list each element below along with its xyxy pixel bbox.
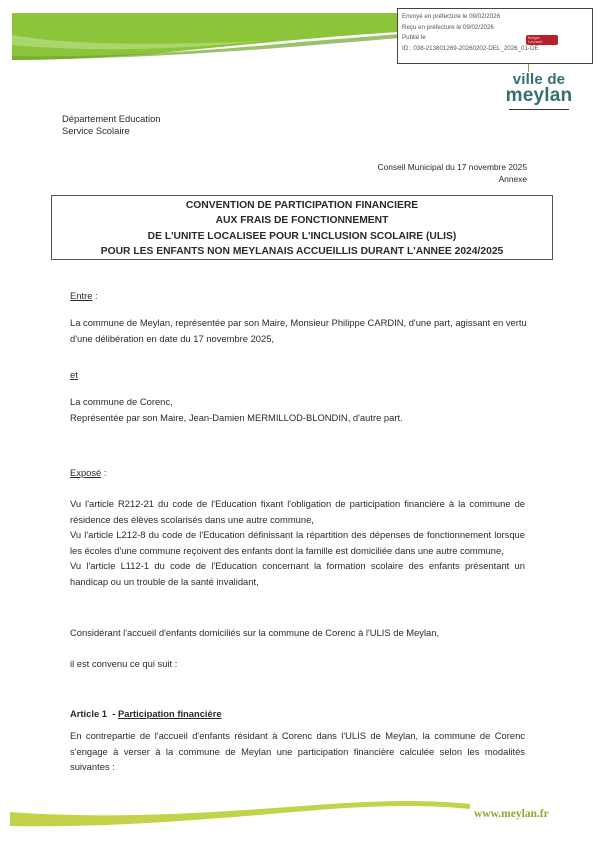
berger-levrault-badge: Berger Levrault xyxy=(526,35,558,45)
expose-heading: Exposé : xyxy=(70,465,107,481)
meeting-date: Conseil Municipal du 17 novembre 2025 xyxy=(320,162,527,174)
article-1-heading: Article 1 - Participation financière xyxy=(70,706,222,722)
annex-label: Annexe xyxy=(320,174,527,186)
stamp-id: ID : 038-213801269-20260202-DEL_2026_01-… xyxy=(402,44,588,55)
ville-de-meylan-logo: ville de meylan xyxy=(484,72,594,110)
legal-reference-item: Vu l'article L112-1 du code de l'Educati… xyxy=(70,558,525,589)
article-1-body: En contrepartie de l'accueil d'enfants r… xyxy=(70,728,525,775)
title-line-1: CONVENTION DE PARTICIPATION FINANCIERE xyxy=(52,198,552,213)
article-1-number: Article 1 - xyxy=(70,708,118,719)
logo-line-2: meylan xyxy=(484,87,594,105)
et-heading: et xyxy=(70,367,78,383)
department-name: Département Education xyxy=(62,113,161,125)
convenu-paragraph: il est convenu ce qui suit : xyxy=(70,656,177,672)
stamp-sent-date: Envoyé en préfecture le 09/02/2026 xyxy=(402,12,588,23)
logo-rule xyxy=(509,109,569,110)
entre-heading: Entre : xyxy=(70,288,98,304)
service-name: Service Scolaire xyxy=(62,125,161,137)
sender-block: Département Education Service Scolaire xyxy=(62,113,161,137)
corenc-line-2: Représentée par son Maire, Jean-Damien M… xyxy=(70,410,530,426)
entre-colon: : xyxy=(92,290,97,301)
prefecture-stamp: Envoyé en préfecture le 09/02/2026 Reçu … xyxy=(397,8,593,64)
legal-reference-item: Vu l'article L212-8 du code de l'Educati… xyxy=(70,527,525,558)
stamp-received-date: Reçu en préfecture le 09/02/2026 xyxy=(402,23,588,34)
title-line-3: DE L'UNITE LOCALISEE POUR L'INCLUSION SC… xyxy=(52,229,552,244)
badge-line-2: Levrault xyxy=(528,40,556,45)
legal-references-list: Vu l'article R212-21 du code de l'Educat… xyxy=(70,496,525,589)
title-line-2: AUX FRAIS DE FONCTIONNEMENT xyxy=(52,213,552,228)
expose-colon: : xyxy=(101,467,106,478)
legal-reference-item: Vu l'article R212-21 du code de l'Educat… xyxy=(70,496,525,527)
considerant-paragraph: Considérant l'accueil d'enfants domicili… xyxy=(70,625,439,641)
website-link[interactable]: www.meylan.fr xyxy=(474,808,549,820)
title-line-4: POUR LES ENFANTS NON MEYLANAIS ACCUEILLI… xyxy=(52,244,552,259)
meylan-party-paragraph: La commune de Meylan, représentée par so… xyxy=(70,315,530,346)
corenc-line-1: La commune de Corenc, xyxy=(70,394,530,410)
meeting-reference: Conseil Municipal du 17 novembre 2025 An… xyxy=(320,162,527,185)
document-title-box: CONVENTION DE PARTICIPATION FINANCIERE A… xyxy=(51,195,553,260)
article-1-title: Participation financière xyxy=(118,708,222,719)
corenc-party-paragraph: La commune de Corenc, Représentée par so… xyxy=(70,394,530,425)
stamp-published: Publié le xyxy=(402,33,588,44)
entre-label: Entre xyxy=(70,290,92,301)
expose-label: Exposé xyxy=(70,467,101,478)
